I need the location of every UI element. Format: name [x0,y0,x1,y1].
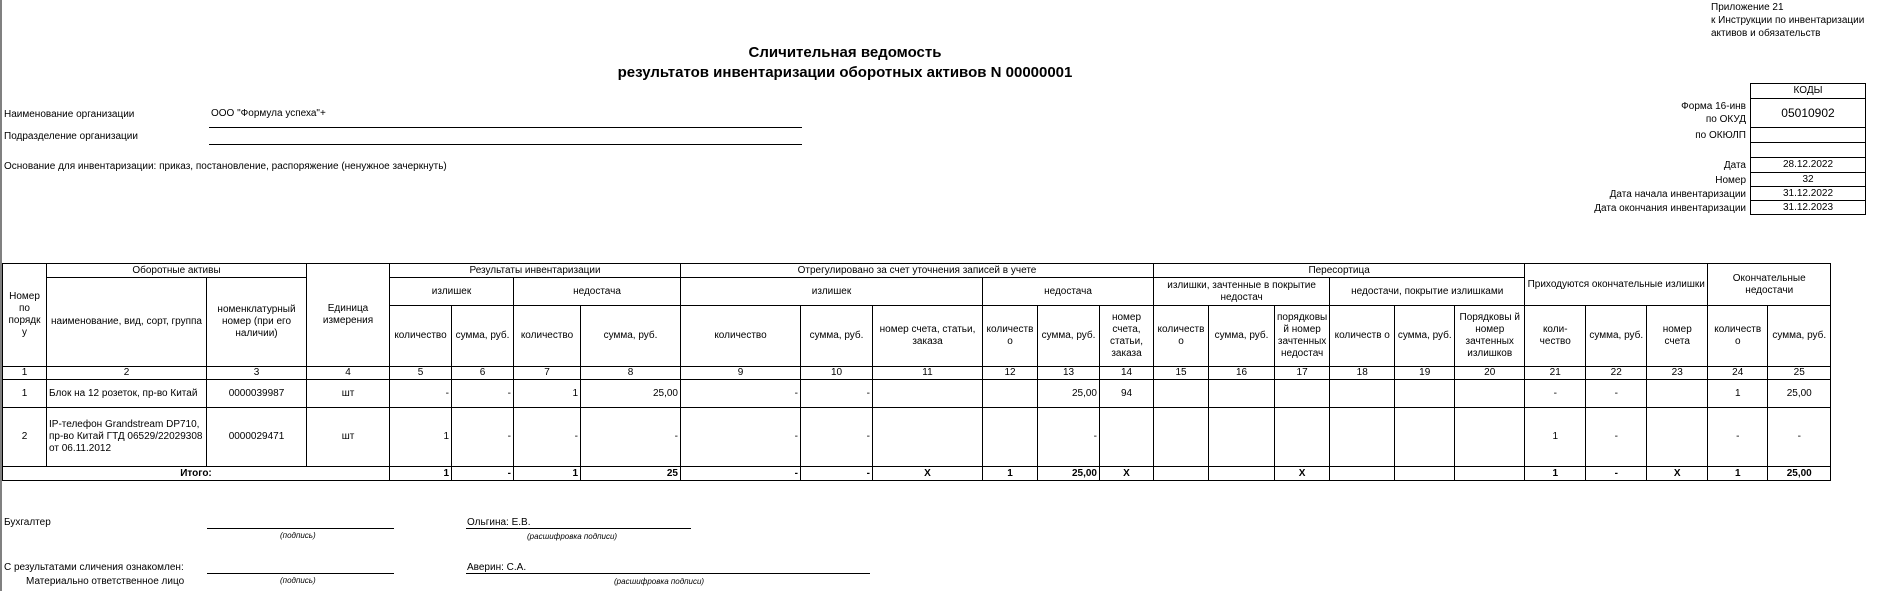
table-cell[interactable]: - [1586,408,1647,467]
date-value[interactable]: 28.12.2022 [1750,157,1866,173]
table-cell[interactable]: 1 [1525,408,1586,467]
th-col9: количество [681,306,801,367]
column-number: 15 [1154,367,1209,380]
org-name-underline [209,127,802,128]
start-date-value[interactable]: 31.12.2022 [1750,186,1866,201]
total-cell: 1 [514,467,581,481]
table-cell[interactable]: - [1708,408,1768,467]
table-cell[interactable] [1275,408,1330,467]
total-cell: 1 [1525,467,1586,481]
th-nomen: номенклатурный номер (при его наличии) [207,278,307,367]
total-cell: - [681,467,801,481]
basis-label: Основание для инвентаризации: приказ, по… [4,161,447,172]
total-cell: 1 [390,467,452,481]
form-label: Форма 16-инв [1600,101,1746,113]
document-title: Сличительная ведомость [0,43,1690,63]
th-col20: Порядковы й номер зачтенных излишков [1455,306,1525,367]
th-results: Результаты инвентаризации [390,264,681,278]
th-col19: сумма, руб. [1395,306,1455,367]
th-col16: сумма, руб. [1209,306,1275,367]
table-cell[interactable]: 25,00 [1768,380,1831,408]
division-underline [209,144,802,145]
okulp-label: по ОКЮЛП [1600,130,1746,142]
accountant-decode-caption: (расшифровка подписи) [527,532,617,541]
table-cell[interactable]: - [514,408,581,467]
appendix-line-3: активов и обязательств [1711,27,1864,40]
appendix-note: Приложение 21 к Инструкции по инвентариз… [1711,1,1864,40]
th-col21: коли- чество [1525,306,1586,367]
responsible-person-label: Материально ответственное лицо [26,576,184,587]
item-name-cell[interactable]: IP-телефон Grandstream DP710, пр-во Кита… [47,408,207,467]
total-cell: X [873,467,983,481]
column-number: 4 [307,367,390,380]
column-number: 25 [1768,367,1831,380]
end-date-value[interactable]: 31.12.2023 [1750,200,1866,215]
table-cell[interactable]: 1 [514,380,581,408]
th-col5: количество [390,306,452,367]
table-cell[interactable] [1209,408,1275,467]
column-number: 3 [207,367,307,380]
column-number: 14 [1100,367,1154,380]
column-number: 6 [452,367,514,380]
total-cell: 1 [983,467,1038,481]
th-col6: сумма, руб. [452,306,514,367]
th-col25: сумма, руб. [1768,306,1831,367]
total-cell: X [1100,467,1154,481]
total-cell [1455,467,1525,481]
total-cell: X [1275,467,1330,481]
table-cell[interactable]: - [801,408,873,467]
okud-value[interactable]: 05010902 [1750,98,1866,128]
table-cell[interactable] [1455,380,1525,408]
th-col10: сумма, руб. [801,306,873,367]
th-shortage-cover: недостачи, покрытие излишками [1330,278,1525,306]
th-final-shortage: Окончательные недостачи [1708,264,1831,306]
table-cell[interactable]: 94 [1100,380,1154,408]
column-number: 7 [514,367,581,380]
column-number: 8 [581,367,681,380]
th-adjusted-surplus: излишек [681,278,983,306]
th-col11: номер счета, статьи, заказа [873,306,983,367]
table-cell[interactable]: - [581,408,681,467]
th-results-surplus: излишек [390,278,514,306]
table-cell[interactable]: - [452,380,514,408]
column-number: 19 [1395,367,1455,380]
th-final-surplus: Приходуются окончательные излишки [1525,264,1708,306]
th-adjusted: Отрегулировано за счет уточнения записей… [681,264,1154,278]
responsible-decode-caption: (расшифровка подписи) [614,577,704,586]
total-row: Итого: 1-125--X125,00XX1-X125,00 [3,467,1831,481]
column-number: 21 [1525,367,1586,380]
column-number: 18 [1330,367,1395,380]
th-col13: сумма, руб. [1038,306,1100,367]
th-adjusted-shortage: недостача [983,278,1154,306]
th-assets: Оборотные активы [47,264,307,278]
th-col23: номер счета [1647,306,1708,367]
table-cell[interactable]: 1 [1708,380,1768,408]
table-cell[interactable]: 25,00 [581,380,681,408]
table-cell[interactable] [1455,408,1525,467]
total-cell: 25,00 [1768,467,1831,481]
th-col8: сумма, руб. [581,306,681,367]
table-cell[interactable] [1330,380,1395,408]
codes-header: КОДЫ [1750,83,1866,99]
total-cell [1154,467,1209,481]
table-cell[interactable] [1154,408,1209,467]
column-number: 11 [873,367,983,380]
table-cell[interactable]: - [1525,380,1586,408]
table-cell[interactable] [1330,408,1395,467]
accountant-signature-line[interactable] [207,528,394,529]
org-name-label: Наименование организации [4,109,134,120]
accountant-signature-caption: (подпись) [280,531,316,540]
column-number: 22 [1586,367,1647,380]
responsible-name[interactable]: Аверин: С.А. [467,562,526,573]
okulp-value[interactable] [1750,127,1866,143]
column-number: 10 [801,367,873,380]
number-label: Номер [1600,175,1746,187]
th-regrade: Пересортица [1154,264,1525,278]
document-subtitle: результатов инвентаризации оборотных акт… [0,63,1690,83]
org-name-value[interactable]: ООО "Формула успеха"+ [211,108,326,119]
total-cell: - [1586,467,1647,481]
table-cell[interactable]: шт [307,408,390,467]
th-name: наименование, вид, сорт, группа [47,278,207,367]
th-num: Номер по порядк у [3,264,47,367]
th-surplus-offset: излишки, зачтенные в покрытие недостач [1154,278,1330,306]
table-cell[interactable]: - [681,408,801,467]
accountant-label: Бухгалтер [4,517,51,528]
okud-label: по ОКУД [1600,114,1746,126]
column-number: 24 [1708,367,1768,380]
column-number: 17 [1275,367,1330,380]
column-number: 12 [983,367,1038,380]
total-cell [1330,467,1395,481]
column-number: 9 [681,367,801,380]
table-cell[interactable]: 2 [3,408,47,467]
acquainted-label: С результатами сличения ознакомлен: [4,562,184,573]
table-cell[interactable] [1395,380,1455,408]
table-cell[interactable]: 1 [390,408,452,467]
table-cell[interactable] [1209,380,1275,408]
table-cell[interactable] [983,380,1038,408]
table-cell[interactable]: - [1038,408,1100,467]
column-number: 1 [3,367,47,380]
table-cell[interactable]: - [390,380,452,408]
column-number-row: 1234567891011121314151617181920212223242… [3,367,1831,380]
table-cell[interactable]: 0000029471 [207,408,307,467]
responsible-name-line [466,573,870,574]
th-results-shortage: недостача [514,278,681,306]
table-row: 2IP-телефон Grandstream DP710, пр-во Кит… [3,408,1831,467]
appendix-line-2: к Инструкции по инвентаризации [1711,14,1864,27]
column-number: 2 [47,367,207,380]
total-label: Итого: [3,467,390,481]
table-cell[interactable]: - [452,408,514,467]
table-cell[interactable] [1647,408,1708,467]
division-label: Подразделение организации [4,131,138,142]
table-cell[interactable]: шт [307,380,390,408]
th-col15: количеств о [1154,306,1209,367]
date-label: Дата [1600,160,1746,172]
blank-code-value[interactable] [1750,142,1866,158]
item-name-cell[interactable]: Блок на 12 розеток, пр-во Китай [47,380,207,408]
table-cell[interactable]: 25,00 [1038,380,1100,408]
th-col14: номер счета, статьи, заказа [1100,306,1154,367]
table-cell[interactable] [983,408,1038,467]
total-cell: X [1647,467,1708,481]
table-cell[interactable] [873,408,983,467]
th-col18: количеств о [1330,306,1395,367]
total-cell: - [801,467,873,481]
th-col12: количеств о [983,306,1038,367]
total-cell [1209,467,1275,481]
table-row: 1Блок на 12 розеток, пр-во Китай00000399… [3,380,1831,408]
table-cell[interactable]: 1 [3,380,47,408]
table-cell[interactable] [1100,408,1154,467]
total-cell: - [452,467,514,481]
column-number: 13 [1038,367,1100,380]
table-cell[interactable] [873,380,983,408]
responsible-signature-caption: (подпись) [280,576,316,585]
table-cell[interactable] [1647,380,1708,408]
table-cell[interactable] [1154,380,1209,408]
start-date-label: Дата начала инвентаризации [1560,189,1746,201]
table-cell[interactable]: - [1586,380,1647,408]
total-cell [1395,467,1455,481]
column-number: 20 [1455,367,1525,380]
th-col24: количеств о [1708,306,1768,367]
end-date-label: Дата окончания инвентаризации [1560,203,1746,215]
total-cell: 25,00 [1038,467,1100,481]
total-cell: 25 [581,467,681,481]
total-cell: 1 [1708,467,1768,481]
number-value[interactable]: 32 [1750,172,1866,187]
column-number: 16 [1209,367,1275,380]
accountant-name-line [466,528,691,529]
inventory-table: Номер по порядк у Оборотные активы Едини… [2,263,1831,481]
th-col17: порядковы й номер зачтенных недостач [1275,306,1330,367]
table-cell[interactable]: - [801,380,873,408]
column-number: 5 [390,367,452,380]
responsible-signature-line[interactable] [207,573,394,574]
appendix-line-1: Приложение 21 [1711,1,1864,14]
th-col22: сумма, руб. [1586,306,1647,367]
table-cell[interactable]: 0000039987 [207,380,307,408]
table-cell[interactable] [1395,408,1455,467]
header-row-1: Номер по порядк у Оборотные активы Едини… [3,264,1831,278]
table-cell[interactable]: - [1768,408,1831,467]
accountant-name[interactable]: Ольгина: Е.В. [467,517,530,528]
column-number: 23 [1647,367,1708,380]
table-cell[interactable] [1275,380,1330,408]
th-unit: Единица измерения [307,264,390,367]
table-cell[interactable]: - [681,380,801,408]
th-col7: количество [514,306,581,367]
